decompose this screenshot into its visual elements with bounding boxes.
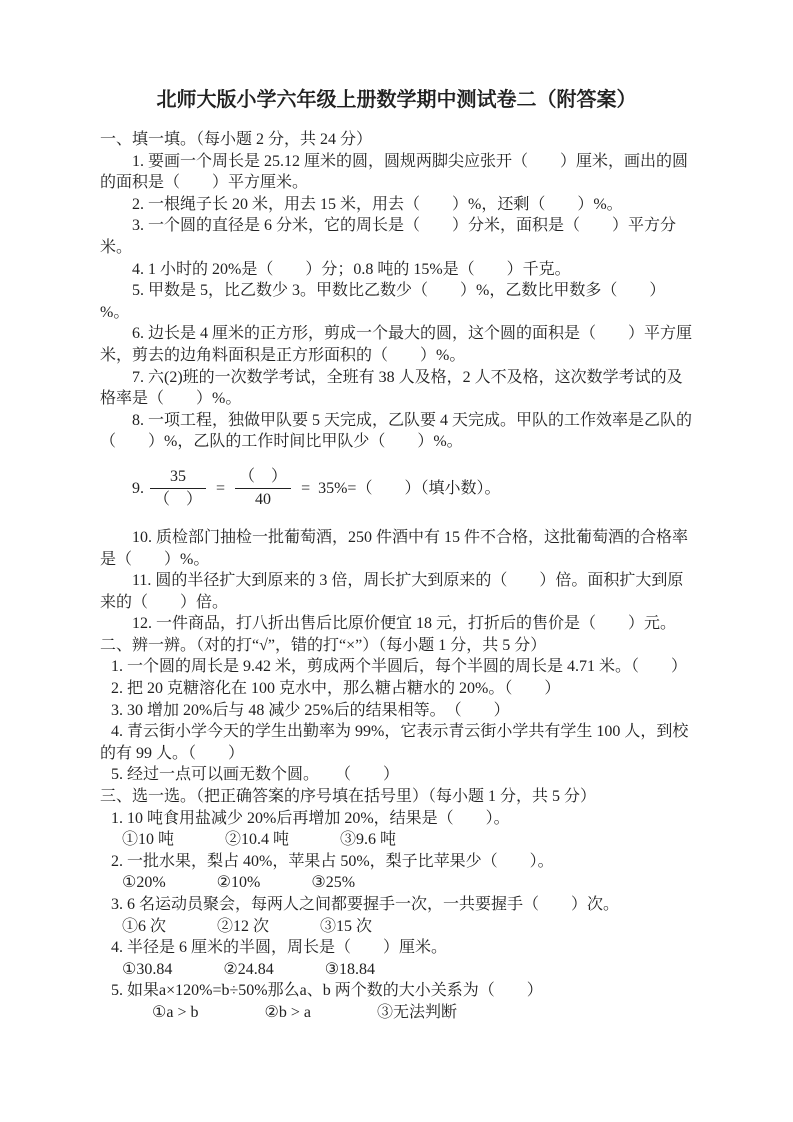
fill-item-10: 10. 质检部门抽检一批葡萄酒，250 件酒中有 15 件不合格，这批葡萄酒的合… — [100, 527, 693, 570]
item9-number: 9. — [132, 478, 144, 500]
fill-item-3: 3. 一个圆的直径是 6 分米，它的周长是（ ）分米，面积是（ ）平方分米。 — [100, 215, 693, 258]
choice-4-option-3: ③18.84 — [314, 959, 375, 981]
fill-item-8: 8. 一项工程，独做甲队要 5 天完成，乙队要 4 天完成。甲队的工作效率是乙队… — [100, 410, 693, 453]
doc-title: 北师大版小学六年级上册数学期中测试卷二（附答案） — [100, 86, 693, 114]
fill-item-12: 12. 一件商品，打八折出售后比原价便宜 18 元，打折后的售价是（ ）元。 — [100, 613, 693, 635]
tf-item-5: 5. 经过一点可以画无数个圆。 （ ） — [100, 764, 693, 786]
choice-5-option-3: ③无法判断 — [351, 1002, 457, 1024]
section-2-heading: 二、辨一辨。（对的打“√”，错的打“×”）（每小题 1 分，共 5 分） — [100, 635, 693, 657]
choice-question-1: 1. 10 吨食用盐减少 20%后再增加 20%，结果是（ ）。 — [100, 808, 693, 830]
choice-question-5: 5. 如果a×120%=b÷50%那么a、b 两个数的大小关系为（ ） — [100, 980, 693, 1002]
choice-5-option-1: ①a > b — [126, 1002, 198, 1024]
tf-item-2: 2. 把 20 克糖溶化在 100 克水中，那么糖占糖水的 20%。（ ） — [100, 678, 693, 700]
fill-item-7: 7. 六(2)班的一次数学考试，全班有 38 人及格，2 人不及格，这次数学考试… — [100, 367, 693, 410]
section-1-heading: 一、填一填。（每小题 2 分，共 24 分） — [100, 129, 693, 151]
choice-2-option-2: ②10% — [206, 872, 261, 894]
fill-item-2: 2. 一根绳子长 20 米，用去 15 米，用去（ ）%，还剩（ ）%。 — [100, 194, 693, 216]
fill-item-4: 4. 1 小时的 20%是（ ）分；0.8 吨的 15%是（ ）千克。 — [100, 259, 693, 281]
fill-item-6: 6. 边长是 4 厘米的正方形，剪成一个最大的圆，这个圆的面积是（ ）平方厘米，… — [100, 323, 693, 366]
fill-item-5: 5. 甲数是 5，比乙数少 3。甲数比乙数少（ ）%，乙数比甲数多（ ）%。 — [100, 280, 693, 323]
fill-item-9: 9. 35 （ ） = （ ） 40 = 35%=（ ）（填小数）。 — [100, 463, 693, 515]
choice-options-1: ①10 吨 ②10.4 吨 ③9.6 吨 — [100, 829, 693, 851]
choice-3-option-2: ②12 次 — [206, 916, 269, 938]
tf-item-4: 4. 青云街小学今天的学生出勤率为 99%，它表示青云街小学共有学生 100 人… — [100, 721, 693, 764]
equals-sign-2: = — [301, 478, 310, 500]
fraction-2-numerator: （ ） — [235, 467, 291, 489]
fraction-1-numerator: 35 — [150, 467, 206, 489]
tf-item-3: 3. 30 增加 20%后与 48 减少 25%后的结果相等。 （ ） — [100, 700, 693, 722]
fill-item-1: 1. 要画一个周长是 25.12 厘米的圆，圆规两脚尖应张开（ ）厘米，画出的圆… — [100, 151, 693, 194]
choice-2-option-1: ①20% — [111, 872, 166, 894]
choice-4-option-1: ①30.84 — [111, 959, 172, 981]
choice-5-option-2: ②b > a — [238, 1002, 310, 1024]
choice-1-option-2: ②10.4 吨 — [214, 829, 289, 851]
choice-3-option-1: ①6 次 — [111, 916, 166, 938]
document-page: 北师大版小学六年级上册数学期中测试卷二（附答案） 一、填一填。（每小题 2 分，… — [0, 0, 793, 1122]
choice-question-3: 3. 6 名运动员聚会，每两人之间都要握手一次，一共要握手（ ）次。 — [100, 894, 693, 916]
choice-2-option-3: ③25% — [300, 872, 355, 894]
choice-3-option-3: ③15 次 — [309, 916, 372, 938]
section-3-heading: 三、选一选。（把正确答案的序号填在括号里）（每小题 1 分，共 5 分） — [100, 786, 693, 808]
tf-item-1: 1. 一个圆的周长是 9.42 米，剪成两个半圆后，每个半圆的周长是 4.71 … — [100, 656, 693, 678]
section-true-false: 二、辨一辨。（对的打“√”，错的打“×”）（每小题 1 分，共 5 分） 1. … — [100, 635, 693, 786]
choice-4-option-2: ②24.84 — [212, 959, 273, 981]
fraction-1-denominator: （ ） — [150, 489, 206, 510]
choice-options-2: ①20% ②10% ③25% — [100, 872, 693, 894]
section-fill-blanks: 一、填一填。（每小题 2 分，共 24 分） 1. 要画一个周长是 25.12 … — [100, 129, 693, 635]
choice-options-4: ①30.84 ②24.84 ③18.84 — [100, 959, 693, 981]
fraction-1: 35 （ ） — [150, 467, 206, 510]
section-multiple-choice: 三、选一选。（把正确答案的序号填在括号里）（每小题 1 分，共 5 分） 1. … — [100, 786, 693, 1024]
fraction-2: （ ） 40 — [235, 467, 291, 510]
equals-sign-1: = — [216, 478, 225, 500]
item9-tail: 35%=（ ）（填小数）。 — [318, 478, 500, 500]
choice-options-5: ①a > b ②b > a ③无法判断 — [100, 1002, 693, 1024]
fill-item-11: 11. 圆的半径扩大到原来的 3 倍，周长扩大到原来的（ ）倍。面积扩大到原来的… — [100, 570, 693, 613]
choice-question-2: 2. 一批水果，梨占 40%，苹果占 50%，梨子比苹果少（ ）。 — [100, 851, 693, 873]
fraction-2-denominator: 40 — [235, 489, 291, 510]
choice-options-3: ①6 次 ②12 次 ③15 次 — [100, 916, 693, 938]
choice-1-option-3: ③9.6 吨 — [329, 829, 396, 851]
choice-question-4: 4. 半径是 6 厘米的半圆，周长是（ ）厘米。 — [100, 937, 693, 959]
choice-1-option-1: ①10 吨 — [111, 829, 174, 851]
